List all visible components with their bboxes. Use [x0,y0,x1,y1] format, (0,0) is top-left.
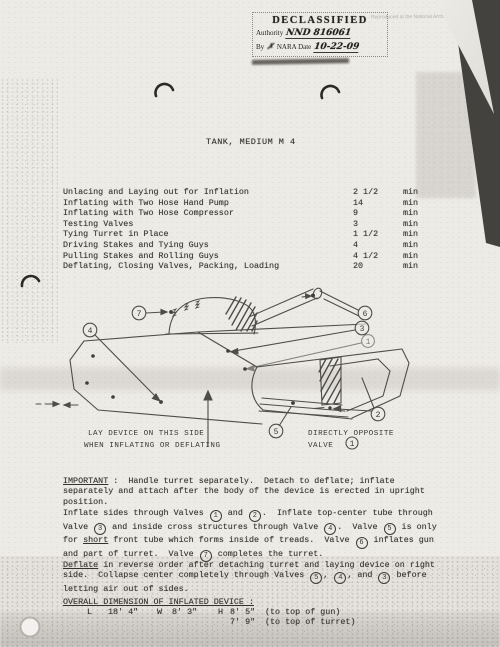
punch-hole [21,618,40,637]
stamp-by-label: By [256,43,264,51]
length-value: 18' 4" [108,607,138,617]
callout-number-4: 4 [88,327,93,336]
caption-opposite-line2: VALVE [308,442,333,450]
stamp-nara-date-label: NARA Date [277,43,311,51]
dimensions-heading: OVERALL DIMENSION OF INFLATED DEVICE : [63,597,254,607]
length-label: L [87,607,92,617]
callouts [83,306,385,449]
circled-valve-number: 1 [210,510,222,522]
stamp-authority-value: NND 816061 [285,28,352,39]
page-title: TANK, MEDIUM M 4 [206,137,296,147]
circled-valve-number: 2 [249,510,261,522]
circled-valve-number: 3 [378,572,390,584]
table-row: Pulling Stakes and Rolling Guys4 1/2min [63,251,463,262]
tank-gun [249,287,323,326]
height-value: 8' 5" [230,607,255,617]
stamp-date-value: 10-22-09 [314,42,361,53]
tank-drawing [36,287,409,449]
width-value: 8' 3" [172,607,197,617]
stamp-authority-label: Authority [256,29,283,37]
inflation-time-table: Unlacing and Laying out for Inflation2 1… [63,187,463,272]
circled-valve-number: 5 [384,523,396,535]
circled-valve-number: 4 [334,572,346,584]
callout-number-3: 3 [360,325,365,334]
height-note: (to top of gun) [265,607,340,617]
inflate-instructions-paragraph: Inflate sides through Valves 1 and 2. In… [63,508,448,562]
callout-number-1: 1 [366,338,371,347]
table-row: Tying Turret in Place1 1/2min [63,229,463,240]
circled-valve-number: 5 [310,572,322,584]
table-row: Testing Valves3min [63,219,463,230]
overall-dimensions-block: OVERALL DIMENSION OF INFLATED DEVICE : L… [63,597,473,628]
stamp-title: DECLASSIFIED [256,15,384,26]
callout-number-2: 2 [376,411,381,420]
height2-note: (to top of turret) [265,617,355,627]
stamp-signature-scribble: ✗ [266,41,274,51]
circled-valve-number: 6 [356,537,368,549]
table-row: Unlacing and Laying out for Inflation2 1… [63,187,463,198]
caption-valve-number: 1 [350,440,355,449]
tank-turret [166,297,258,334]
deflate-instructions-paragraph: Deflate in reverse order after detaching… [63,560,448,594]
callout-number-7: 7 [137,310,142,319]
height2-value: 7' 9" [230,617,255,627]
leader-lines [36,291,374,446]
important-paragraph: IMPORTANT : Handle turret separately. De… [63,476,448,507]
table-row: Deflating, Closing Valves, Packing, Load… [63,261,463,272]
declassified-stamp: DECLASSIFIED Authority NND 816061 By ✗ N… [252,12,388,57]
table-row: Inflating with Two Hose Hand Pump14min [63,198,463,209]
callout-numbers: 7 4 6 3 1 2 5 1 [88,310,381,449]
caption-opposite-line1: DIRECTLY OPPOSITE [308,430,394,438]
scanned-document-page: Reproduced at the National Archi DECLASS… [0,0,500,647]
callout-number-5: 5 [274,428,279,437]
circled-valve-number: 4 [324,523,336,535]
dimensions-row-2: 7' 9" (to top of turret) [63,617,473,627]
height-label: H [218,607,223,617]
width-label: W [157,607,162,617]
dimensions-row-1: L 18' 4" W 8' 3" H 8' 5" (to top of gun) [63,607,473,617]
table-row: Driving Stakes and Tying Guys4min [63,240,463,251]
caption-lay-device-line1: LAY DEVICE ON THIS SIDE [88,430,204,438]
table-row: Inflating with Two Hose Compressor9min [63,208,463,219]
callout-number-6: 6 [363,310,368,319]
caption-lay-device-line2: WHEN INFLATING OR DEFLATING [84,442,221,450]
circled-valve-number: 3 [94,523,106,535]
